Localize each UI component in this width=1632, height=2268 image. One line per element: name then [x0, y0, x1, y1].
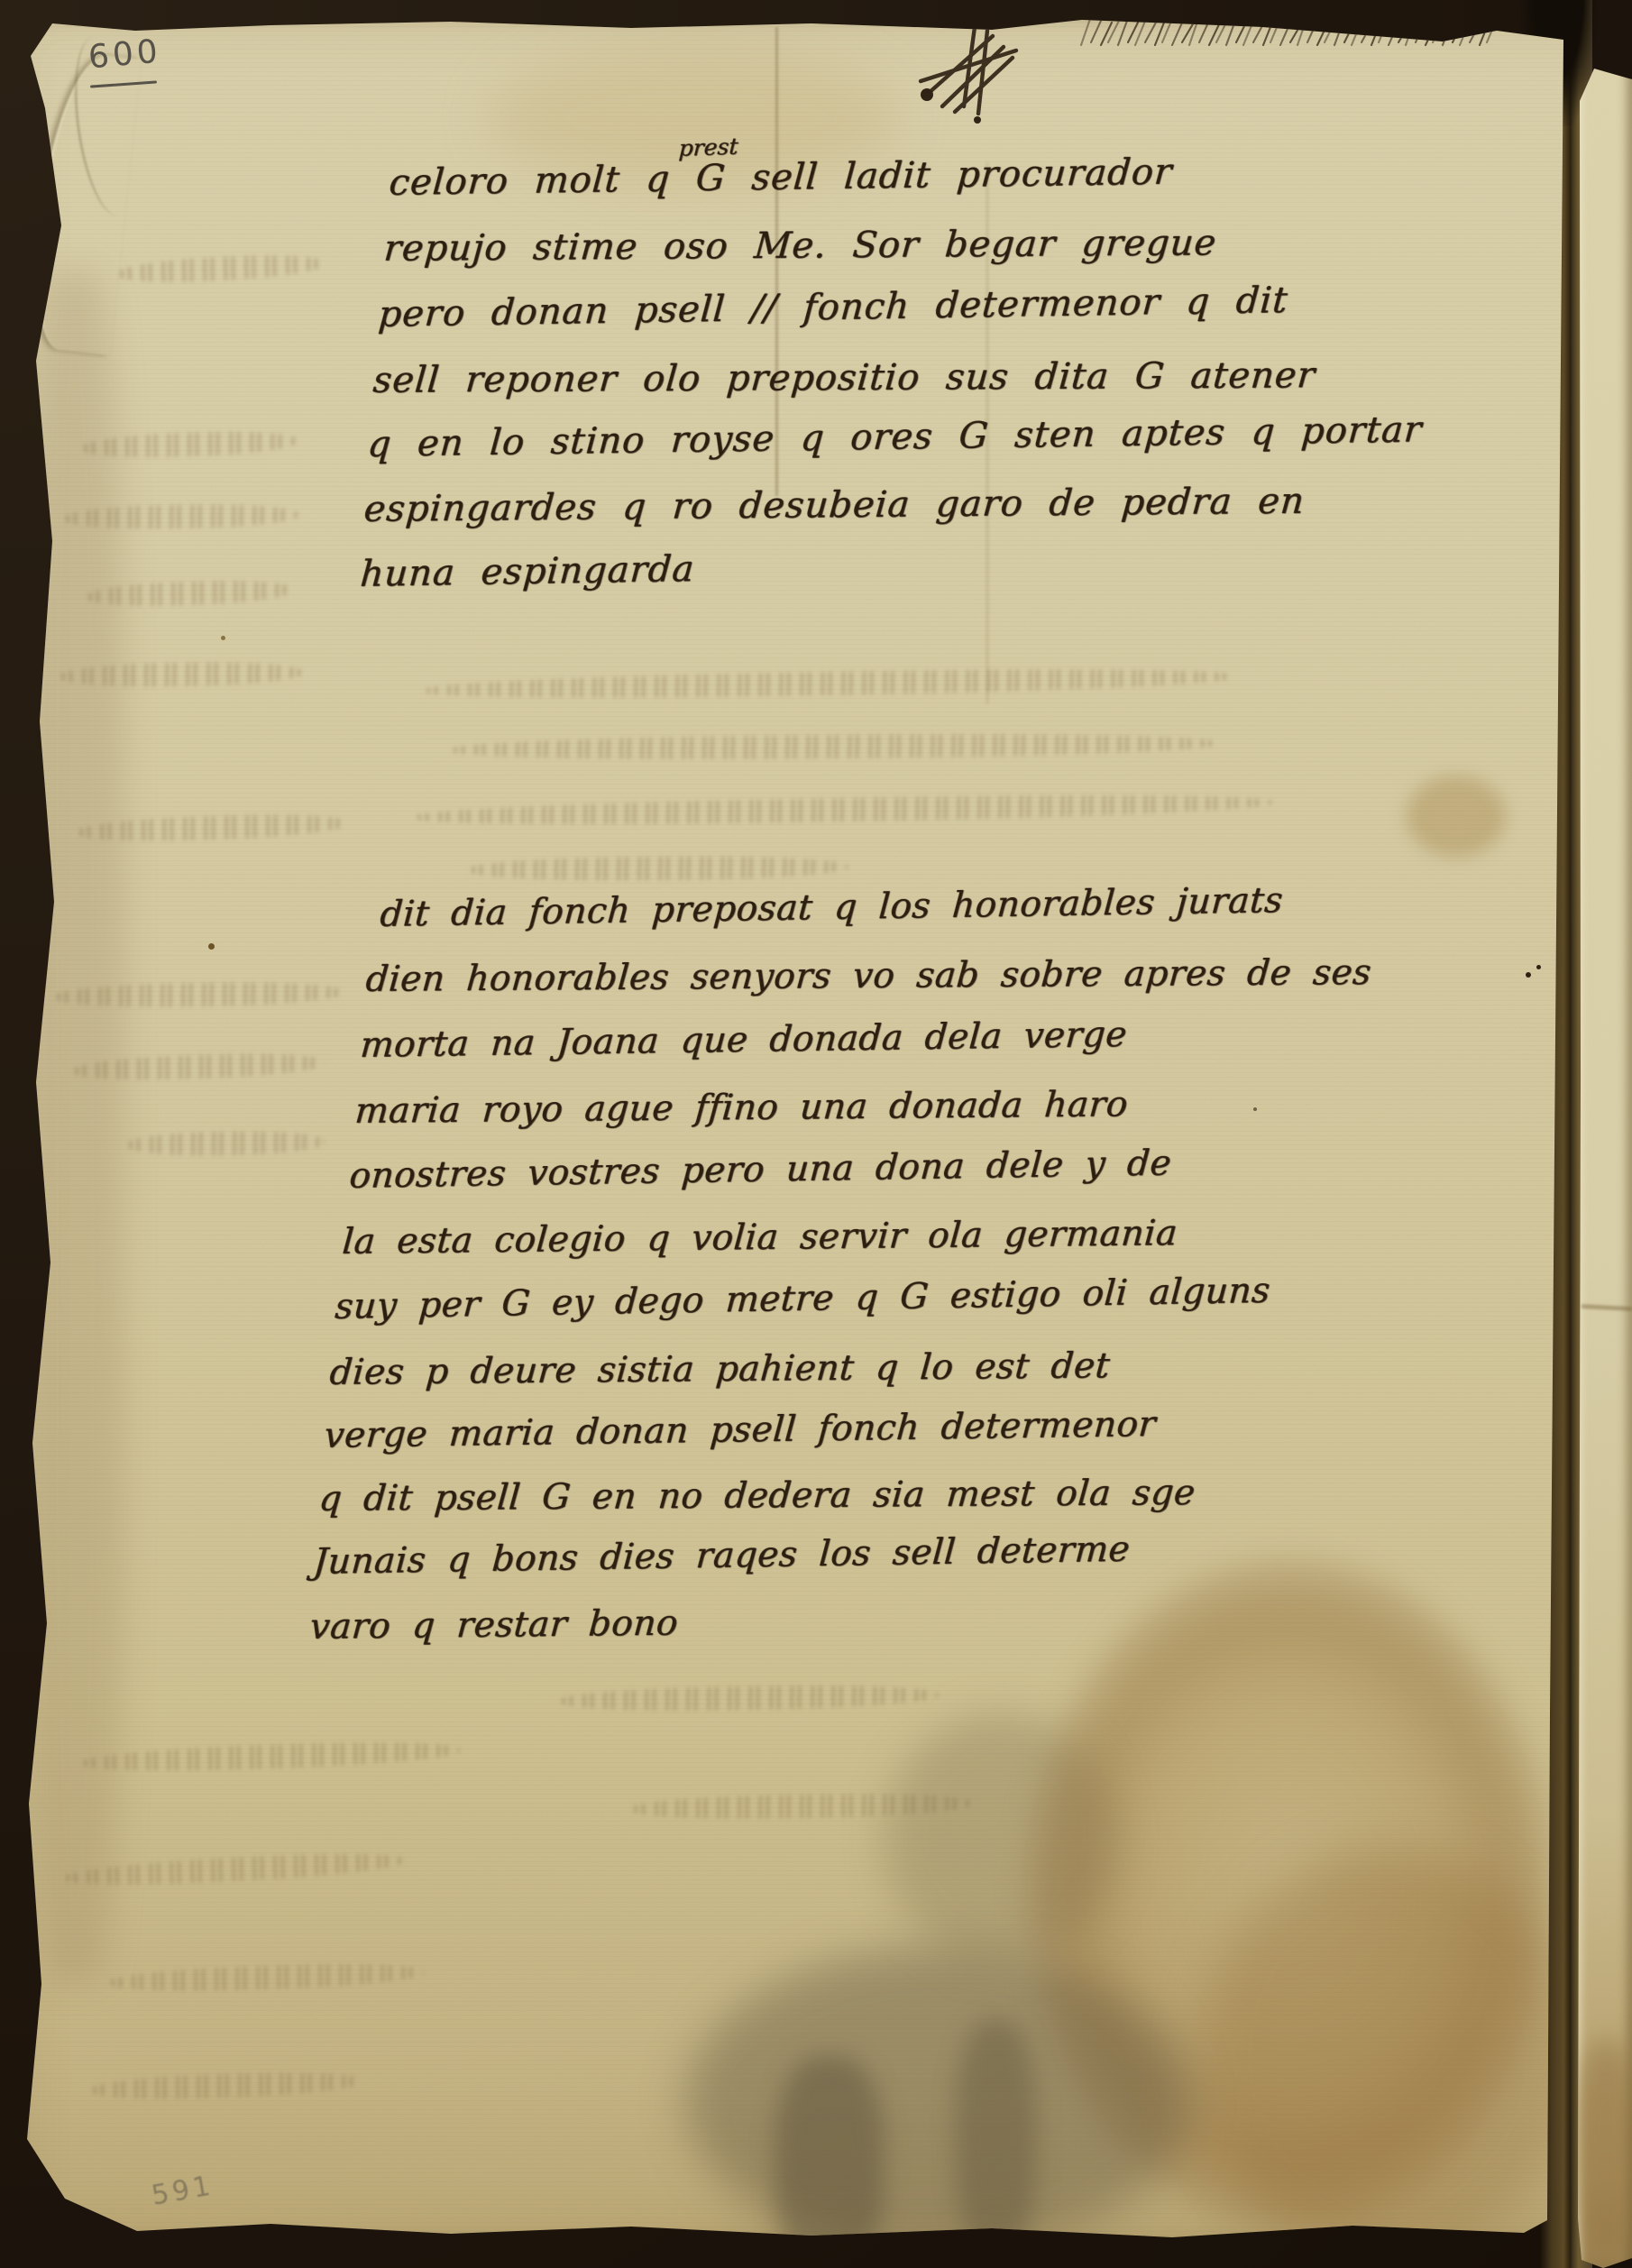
ghost-bleedthrough-line	[81, 429, 298, 460]
ghost-bleedthrough-line	[86, 578, 294, 609]
handwriting-line: q dit psell G en no dedera sia mest ola …	[317, 1473, 1196, 1520]
stain	[1407, 776, 1506, 857]
stain	[1019, 1551, 1560, 2236]
facing-page-crease	[1582, 1305, 1632, 1311]
handwriting-line: celoro molt q G sell ladit procurador	[388, 152, 1174, 204]
ghost-bleedthrough-line	[90, 2070, 362, 2102]
laid-paper-texture	[0, 0, 1632, 2268]
stain	[685, 1948, 1190, 2254]
ghost-bleedthrough-line	[54, 980, 343, 1009]
stain	[1199, 1849, 1578, 2263]
handwriting-line: maria royo ague ffino una donada haro	[353, 1085, 1130, 1132]
handwriting-line: dies p deure sistia pahient q lo est det	[328, 1345, 1112, 1393]
secondary-folio-number: 591	[149, 2170, 215, 2211]
handwriting-line: morta na Joana que donada dela verge	[359, 1015, 1129, 1066]
ghost-bleedthrough-line	[81, 1739, 461, 1776]
handwriting-line: espingardes q ro desubeia garo de pedra …	[362, 481, 1307, 530]
handwriting-line: suy per G ey dego metre q G estigo oli a…	[334, 1271, 1271, 1327]
ghost-bleedthrough-line	[116, 252, 325, 286]
stain	[775, 2056, 884, 2268]
facing-page-stain	[1571, 2038, 1632, 2254]
folio-number-underline	[90, 80, 157, 87]
manuscript-scan: 600 591 prest celoro molt q G sell ladit…	[0, 0, 1632, 2268]
ghost-bleedthrough-line	[63, 503, 298, 531]
facing-page-edge	[1578, 0, 1632, 2268]
ink-speck	[208, 943, 215, 950]
ink-speck	[1253, 1107, 1257, 1111]
handwriting-line: q en lo stino royse q ores G sten aptes …	[366, 409, 1424, 465]
handwriting-line: pero donan psell // fonch determenor q d…	[377, 280, 1289, 335]
handwriting-line: dien honorables senyors vo sab sobre apr…	[364, 952, 1373, 1000]
ghost-bleedthrough-line	[126, 1130, 325, 1157]
pen-trial-hatching	[1080, 13, 1504, 52]
handwriting-line: onostres vostres pero una dona dele y de	[348, 1143, 1173, 1197]
stain	[956, 2020, 1037, 2254]
ghost-bleedthrough-line	[424, 665, 1235, 702]
ghost-bleedthrough-line	[59, 661, 302, 689]
ink-speck	[1536, 965, 1541, 969]
ghost-bleedthrough-line	[469, 855, 848, 882]
handwriting-line: Junais q bons dies raqes los sell determ…	[312, 1529, 1132, 1583]
ghost-bleedthrough-line	[63, 1849, 407, 1890]
stain	[25, 271, 124, 1984]
ghost-bleedthrough-line	[451, 731, 1217, 761]
folio-number: 600	[87, 33, 162, 77]
ghost-bleedthrough-line	[77, 812, 348, 844]
handwriting-line: dit dia fonch preposat q los honorables …	[379, 880, 1284, 935]
corner-wrinkle	[26, 51, 141, 355]
ghost-bleedthrough-line	[559, 1683, 938, 1712]
ghost-bleedthrough-line	[415, 791, 1271, 830]
handwriting-line: huna espingarda	[359, 548, 696, 595]
ghost-bleedthrough-line	[72, 1051, 325, 1083]
cross-hatch-mark-icon	[915, 23, 1027, 124]
ghost-bleedthrough-line	[108, 1960, 425, 1995]
manuscript-page: 600 591 prest celoro molt q G sell ladit…	[0, 0, 1632, 2268]
handwriting-line: repujo stime oso Me. Sor begar gregue	[382, 223, 1218, 270]
ink-speck	[221, 636, 225, 640]
handwriting-line: sell reponer olo prepositio sus dita G a…	[371, 355, 1317, 401]
handwriting-line: la esta colegio q volia servir ola germa…	[341, 1213, 1179, 1263]
stain	[884, 1713, 1118, 1966]
ghost-bleedthrough-line	[631, 1792, 974, 1822]
handwriting-line: verge maria donan psell fonch determenor	[323, 1404, 1157, 1456]
handwriting-line: varo q restar bono	[308, 1603, 680, 1648]
ink-speck	[1526, 972, 1531, 978]
